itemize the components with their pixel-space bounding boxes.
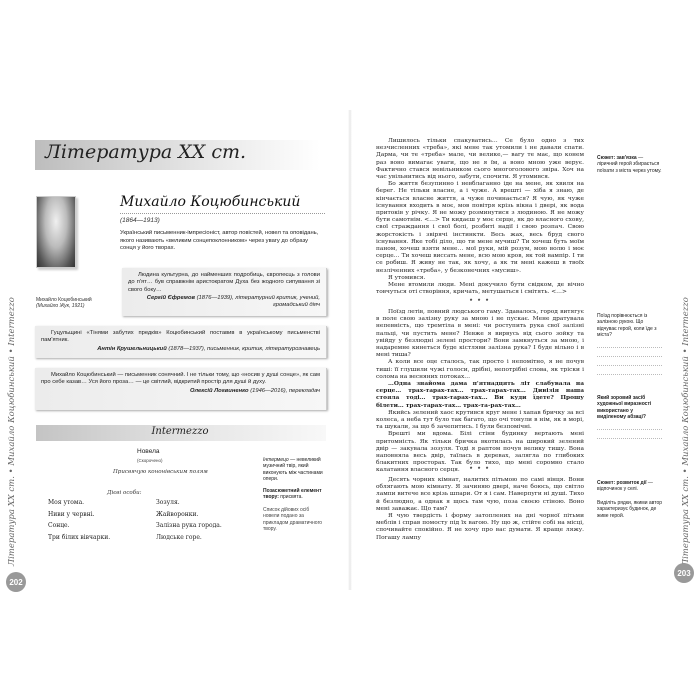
paragraph: Десять чорних кімнат, налитих пітьмою по… — [376, 477, 584, 513]
author-bio: Український письменник-імпресіоніст, авт… — [120, 230, 320, 253]
prose-block: Лишилось тільки спакуватись… Се було одн… — [376, 138, 584, 296]
paragraph: Мене втомили люди. Мені докучило бути св… — [376, 282, 584, 296]
characters-column-2: Зозуля. Жайворонки. Залізна рука города.… — [156, 497, 222, 543]
section-divider: * * * — [376, 299, 584, 305]
paragraph: Я утомився. — [376, 275, 584, 282]
abridged-label: (Скорочено) — [137, 458, 163, 463]
paragraph: А коли все оце сталось, так просто і неп… — [376, 359, 584, 381]
character-item: Людське горе. — [156, 532, 222, 544]
answer-line[interactable] — [597, 339, 662, 348]
quote-box: Гуцульщині «Тінями забутих предків» Коцю… — [35, 326, 327, 358]
author-name: Михайло Коцюбинський — [120, 194, 300, 210]
section-title: Література ХХ ст. — [45, 141, 246, 163]
paragraph: Я чую твердість і форму затоплених на дн… — [376, 513, 584, 542]
character-item: Сонце. — [48, 520, 110, 532]
character-item: Моя утома. — [48, 497, 110, 509]
characters-column-1: Моя утома. Ниви у червні. Сонце. Три біл… — [48, 497, 110, 543]
quote-text: Михайло Коцюбинський — письменник сонячн… — [41, 372, 320, 387]
left-running-head: Література ХХ ст. • Михайло Коцюбинський… — [7, 146, 19, 566]
book-gutter — [348, 110, 352, 590]
right-running-head: Література ХХ ст. • Михайло Коцюбинський… — [681, 146, 693, 566]
paragraph: Якийсь зелений хаос крутився круг мене і… — [376, 410, 584, 432]
quote-text: Людина культурна, до найменших подробиць… — [128, 272, 320, 294]
side-question-3: Виділіть рядки, якими автор характеризує… — [597, 500, 662, 519]
left-page-number: 202 — [6, 572, 26, 592]
prose-block: Поїзд летів, повний людського гаму. Здав… — [376, 309, 584, 475]
margin-note-intermezzo-definition: Інтермецо — невеликий музичний твір, яки… — [263, 457, 325, 482]
quote-attribution: Олексій Логвиненко (1946—2016), переклад… — [41, 388, 320, 395]
portrait-caption: Михайло Коцюбинський (Михайло Жук, 1921) — [36, 297, 92, 309]
side-question-2: Який зоровий засіб художньої виразності … — [597, 395, 662, 439]
right-page-number: 203 — [674, 563, 694, 583]
quote-attribution: Сергій Єфремов (1876—1939), літературний… — [128, 295, 320, 310]
side-question-1: Поїзд порівнюється із залізною рукою. Що… — [597, 313, 662, 375]
genre-label: Новела — [137, 448, 160, 455]
paragraph: Поїзд летів, повний людського гаму. Здав… — [376, 309, 584, 359]
quote-text: Гуцульщині «Тінями забутих предків» Коцю… — [41, 330, 320, 345]
paragraph: Лишилось тільки спакуватись… Се було одн… — [376, 138, 584, 181]
answer-line[interactable] — [597, 421, 662, 430]
answer-line[interactable] — [597, 430, 662, 439]
name-divider — [120, 213, 325, 214]
margin-note-cast: Список дійових осіб новели подано за при… — [263, 507, 325, 532]
quote-box: Михайло Коцюбинський — письменник сонячн… — [35, 368, 327, 410]
work-title: Intermezzo — [0, 426, 360, 437]
paragraph: Бо життя безупинно і невблаганно іде на … — [376, 181, 584, 275]
side-note-plot-development: Сюжет: розвиток дії — відпочинок у селі. — [597, 480, 662, 493]
highlighted-paragraph: …Одна знайома дама п'ятнадцять літ слабу… — [376, 381, 584, 410]
dedication: Присвячую кононівським полям — [113, 469, 208, 475]
answer-line[interactable] — [597, 357, 662, 366]
answer-line[interactable] — [597, 366, 662, 375]
section-divider: * * * — [376, 467, 584, 473]
answer-line[interactable] — [597, 348, 662, 357]
character-item: Залізна рука города. — [156, 520, 222, 532]
character-item: Зозуля. — [156, 497, 222, 509]
side-note-plot-exposition: Сюжет: зав'язка — ліричний герой збираєт… — [597, 155, 662, 174]
character-item: Жайворонки. — [156, 509, 222, 521]
characters-heading: Дієві особи: — [107, 490, 141, 496]
quote-attribution: Антін Крушельницький (1878—1937), письме… — [41, 346, 320, 353]
character-item: Три білих вівчарки. — [48, 532, 110, 544]
prose-block: Десять чорних кімнат, налитих пітьмою по… — [376, 477, 584, 542]
author-years: (1864—1913) — [120, 217, 160, 224]
character-item: Ниви у червні. — [48, 509, 110, 521]
author-portrait-image — [36, 196, 76, 268]
margin-note-dedication: Позасюжетний елемент твору: присвята. — [263, 488, 325, 501]
quote-box: Людина культурна, до найменших подробиць… — [122, 268, 327, 316]
